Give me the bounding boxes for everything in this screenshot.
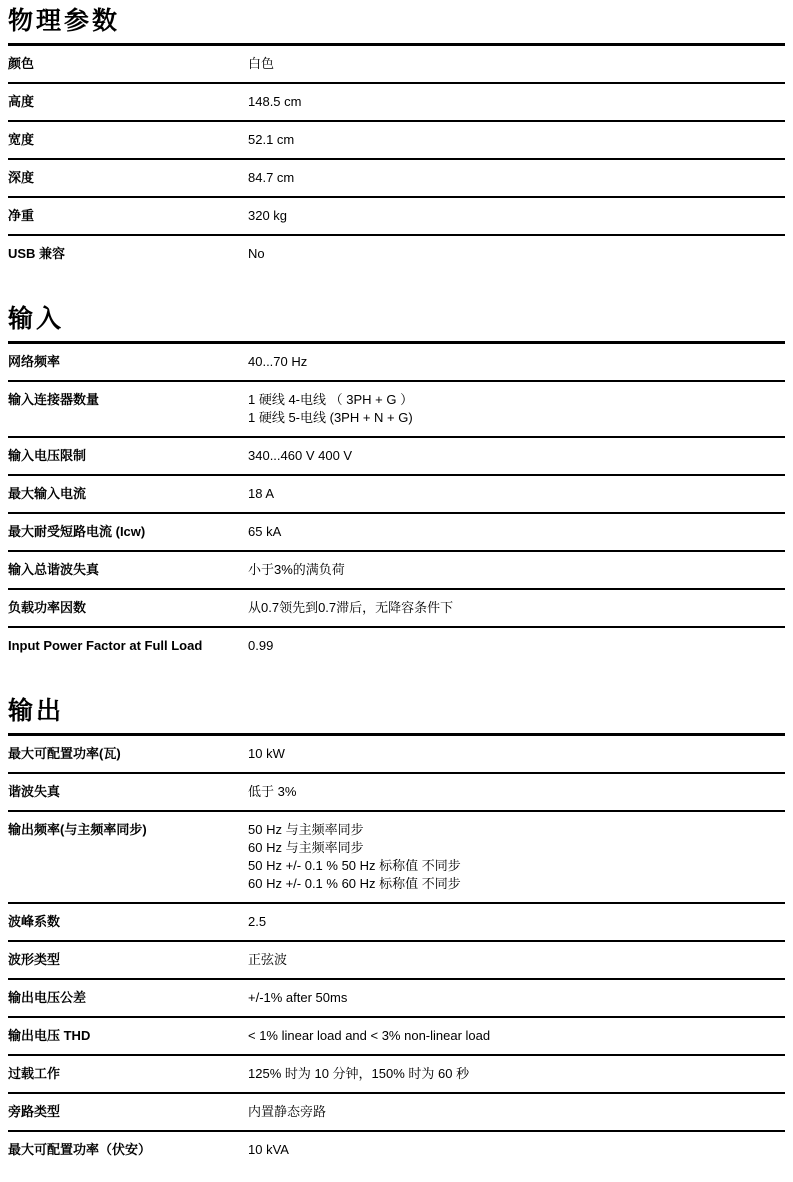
- spec-row-value: 从0.7领先到0.7滞后，无降容条件下: [248, 599, 785, 617]
- spec-row-label: 最大耐受短路电流 (Icw): [8, 523, 248, 541]
- spec-row: 深度 84.7 cm: [8, 160, 785, 198]
- spec-row-label: 净重: [8, 207, 248, 225]
- spec-row-value: +/-1% after 50ms: [248, 989, 785, 1007]
- spec-row: 输入电压限制 340...460 V 400 V: [8, 438, 785, 476]
- spec-row-label: 波峰系数: [8, 913, 248, 931]
- spec-row-value: 2.5: [248, 913, 785, 931]
- spec-row-label: 最大可配置功率（伏安）: [8, 1141, 248, 1159]
- spec-row-value: 65 kA: [248, 523, 785, 541]
- spec-row-value: 320 kg: [248, 207, 785, 225]
- spec-row: 最大输入电流 18 A: [8, 476, 785, 514]
- spec-row-value: No: [248, 245, 785, 263]
- spec-row: 过载工作 125% 时为 10 分钟，150% 时为 60 秒: [8, 1056, 785, 1094]
- spec-row: 最大可配置功率（伏安） 10 kVA: [8, 1132, 785, 1168]
- spec-row: 最大可配置功率(瓦) 10 kW: [8, 736, 785, 774]
- spec-row-label: 谐波失真: [8, 783, 248, 801]
- spec-row: 最大耐受短路电流 (Icw) 65 kA: [8, 514, 785, 552]
- spec-row-value: 10 kW: [248, 745, 785, 763]
- spec-row-value: 小于3%的满负荷: [248, 561, 785, 579]
- spec-row-label: 输入电压限制: [8, 447, 248, 465]
- spec-row-value: 84.7 cm: [248, 169, 785, 187]
- section-title: 物理参数: [8, 8, 785, 46]
- spec-row-value: 40...70 Hz: [248, 353, 785, 371]
- spec-row-label: USB 兼容: [8, 245, 248, 263]
- spec-row-label: 颜色: [8, 55, 248, 73]
- spec-row: 网络频率 40...70 Hz: [8, 344, 785, 382]
- spec-row-label: 输出频率(与主频率同步): [8, 821, 248, 839]
- spec-row-label: 高度: [8, 93, 248, 111]
- section-rows: 最大可配置功率(瓦) 10 kW 谐波失真 低于 3% 输出频率(与主频率同步)…: [8, 736, 785, 1168]
- spec-row: 波形类型 正弦波: [8, 942, 785, 980]
- spec-row: 净重 320 kg: [8, 198, 785, 236]
- spec-row-label: 过载工作: [8, 1065, 248, 1083]
- section-rows: 颜色 白色 高度 148.5 cm 宽度 52.1 cm 深度 84.7 cm …: [8, 46, 785, 272]
- spec-row-value: 18 A: [248, 485, 785, 503]
- spec-row-label: 输出电压 THD: [8, 1027, 248, 1045]
- spec-row-label: 旁路类型: [8, 1103, 248, 1121]
- spec-row: 旁路类型 内置静态旁路: [8, 1094, 785, 1132]
- spec-row: 输出电压公差 +/-1% after 50ms: [8, 980, 785, 1018]
- spec-row: 高度 148.5 cm: [8, 84, 785, 122]
- spec-row: 谐波失真 低于 3%: [8, 774, 785, 812]
- section-title: 输入: [8, 306, 785, 344]
- spec-row: 宽度 52.1 cm: [8, 122, 785, 160]
- spec-row-label: 输入连接器数量: [8, 391, 248, 409]
- section-rows: 网络频率 40...70 Hz 输入连接器数量 1 硬线 4-电线 （ 3PH …: [8, 344, 785, 664]
- spec-row-value: 白色: [248, 55, 785, 73]
- spec-row-label: 宽度: [8, 131, 248, 149]
- spec-sheet: 物理参数 颜色 白色 高度 148.5 cm 宽度 52.1 cm 深度 84.…: [0, 0, 793, 1182]
- spec-row-label: 深度: [8, 169, 248, 187]
- spec-row-value: 148.5 cm: [248, 93, 785, 111]
- spec-row-value: < 1% linear load and < 3% non-linear loa…: [248, 1027, 785, 1045]
- spec-row-label: 输出电压公差: [8, 989, 248, 1007]
- spec-row: Input Power Factor at Full Load 0.99: [8, 628, 785, 664]
- spec-row: 颜色 白色: [8, 46, 785, 84]
- spec-row: USB 兼容 No: [8, 236, 785, 272]
- spec-section: 输入 网络频率 40...70 Hz 输入连接器数量 1 硬线 4-电线 （ 3…: [8, 306, 785, 664]
- spec-row-value: 0.99: [248, 637, 785, 655]
- spec-row: 输入连接器数量 1 硬线 4-电线 （ 3PH + G ） 1 硬线 5-电线 …: [8, 382, 785, 438]
- spec-section: 物理参数 颜色 白色 高度 148.5 cm 宽度 52.1 cm 深度 84.…: [8, 8, 785, 272]
- spec-row-value: 正弦波: [248, 951, 785, 969]
- spec-row: 输出电压 THD < 1% linear load and < 3% non-l…: [8, 1018, 785, 1056]
- spec-row: 负载功率因数 从0.7领先到0.7滞后，无降容条件下: [8, 590, 785, 628]
- spec-row-value: 50 Hz 与主频率同步 60 Hz 与主频率同步 50 Hz +/- 0.1 …: [248, 821, 785, 893]
- spec-row-value: 低于 3%: [248, 783, 785, 801]
- spec-row: 输出频率(与主频率同步) 50 Hz 与主频率同步 60 Hz 与主频率同步 5…: [8, 812, 785, 904]
- spec-row-label: 最大可配置功率(瓦): [8, 745, 248, 763]
- spec-row-label: 波形类型: [8, 951, 248, 969]
- spec-row-value: 10 kVA: [248, 1141, 785, 1159]
- spec-row-label: 输入总谐波失真: [8, 561, 248, 579]
- spec-section: 输出 最大可配置功率(瓦) 10 kW 谐波失真 低于 3% 输出频率(与主频率…: [8, 698, 785, 1168]
- spec-row-value: 52.1 cm: [248, 131, 785, 149]
- spec-row-label: 最大输入电流: [8, 485, 248, 503]
- spec-row-label: 网络频率: [8, 353, 248, 371]
- spec-row-value: 340...460 V 400 V: [248, 447, 785, 465]
- section-title: 输出: [8, 698, 785, 736]
- spec-row-value: 内置静态旁路: [248, 1103, 785, 1121]
- spec-row: 波峰系数 2.5: [8, 904, 785, 942]
- spec-row-label: Input Power Factor at Full Load: [8, 637, 248, 655]
- spec-row-label: 负载功率因数: [8, 599, 248, 617]
- spec-row-value: 125% 时为 10 分钟，150% 时为 60 秒: [248, 1065, 785, 1083]
- spec-row: 输入总谐波失真 小于3%的满负荷: [8, 552, 785, 590]
- spec-row-value: 1 硬线 4-电线 （ 3PH + G ） 1 硬线 5-电线 (3PH + N…: [248, 391, 785, 427]
